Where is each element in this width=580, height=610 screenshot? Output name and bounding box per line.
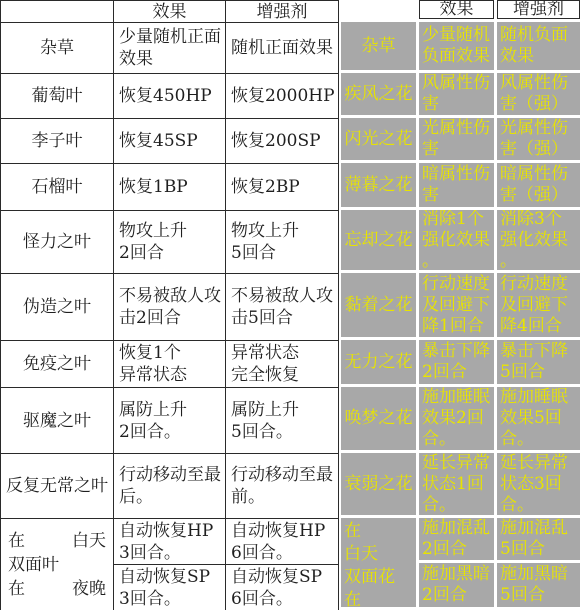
effect-cell: 少量随机 负面效果 [419,22,494,70]
effect-cell: 恢复1BP [114,164,225,210]
item-name-cell: 唤梦之花 [341,387,416,450]
enhancer-cell-night: 施加黑暗 5回合 [497,563,580,607]
flower-header-enhancer: 增强剂 [497,0,580,19]
item-name-cell: 杂草 [341,22,416,70]
flower-table: 效果 增强剂 杂草 少量随机 负面效果 随机负面 效果 疾风之花 风属性伤 害 … [341,0,580,607]
leaf-header-effect: 效果 [114,1,225,22]
item-name-cell: 怪力之叶 [1,211,113,273]
enhancer-cell: 延长异常 状态3回 合。 [497,453,580,515]
effect-cell: 恢复1个 异常状态 [114,341,225,387]
enhancer-cell: 行动移动至最 前。 [226,454,338,518]
item-name-cell: 闪光之花 [341,118,416,160]
item-name-cell: 李子叶 [1,119,113,163]
enhancer-cell: 施加睡眠 效果5回 合。 [497,387,580,450]
enhancer-cell: 随机负面 效果 [497,22,580,70]
enhancer-cell-day: 自动恢复HP 6回合。 [226,519,338,564]
item-name-cell: 葡萄叶 [1,74,113,118]
dual-prefix: 在 [8,529,25,553]
enhancer-cell: 恢复200SP [226,119,338,163]
enhancer-cell: 异常状态 完全恢复 [226,341,338,387]
enhancer-cell: 物攻上升 5回合 [226,211,338,273]
effect-cell: 物攻上升 2回合 [114,211,225,273]
enhancer-cell: 不易被敌人攻 击5回合 [226,274,338,340]
enhancer-cell: 风属性伤 害（强） [497,73,580,115]
flower-header-name [341,0,416,19]
effect-cell: 不易被敌人攻 击2回合 [114,274,225,340]
dual-day: 白天 [72,529,106,553]
effect-cell: 行动移动至最 后。 [114,454,225,518]
effect-cell: 光属性伤 害 [419,118,494,160]
effect-cell-day: 自动恢复HP 3回合。 [114,519,225,564]
day-label-line: 在 白天 [8,529,106,553]
item-name-cell: 衰弱之花 [341,453,416,515]
effect-cell-day: 施加混乱 2回合 [419,518,494,560]
night-label-line: 在 夜晚 [8,577,106,601]
enhancer-cell: 行动速度 及回避下 降4回合 [497,273,580,337]
item-name-cell: 石榴叶 [1,164,113,210]
effect-cell: 暴击下降 2回合 [419,340,494,384]
enhancer-cell: 消除3个 强化效果 。 [497,210,580,270]
effect-cell: 恢复45SP [114,119,225,163]
item-name-cell: 无力之花 [341,340,416,384]
effect-cell: 延长异常 状态1回 合。 [419,453,494,515]
enhancer-cell: 暴击下降 5回合 [497,340,580,384]
effect-cell: 属防上升 2回合。 [114,388,225,453]
item-name-cell: 免疫之叶 [1,341,113,387]
dual-prefix: 在 [8,577,25,601]
effect-cell-night: 自动恢复SP 3回合。 [114,565,225,610]
effect-cell: 少量随机正面 效果 [114,23,225,73]
enhancer-cell: 恢复2BP [226,164,338,210]
dual-item-name: 双面叶 [8,553,106,577]
enhancer-cell-night: 自动恢复SP 6回合。 [226,565,338,610]
item-name-cell: 杂草 [1,23,113,73]
effect-cell: 行动速度 及回避下 降1回合 [419,273,494,337]
item-name-cell: 忘却之花 [341,210,416,270]
effect-cell: 风属性伤 害 [419,73,494,115]
dual-night: 夜晚 [72,577,106,601]
screenshot-stage: 效果 增强剂 杂草 少量随机正面 效果 随机正面效果 葡萄叶 恢复450HP 恢… [0,0,580,610]
item-name-cell: 驱魔之叶 [1,388,113,453]
item-name-cell-dual: 在 白天 双面叶 在 夜晚 [1,519,113,610]
item-name-cell: 疾风之花 [341,73,416,115]
item-name-cell-dual: 在 白天 双面花 在 夜晚 [341,518,416,607]
enhancer-cell: 随机正面效果 [226,23,338,73]
enhancer-cell: 光属性伤 害（强） [497,118,580,160]
effect-cell-night: 施加黑暗 2回合 [419,563,494,607]
item-name-cell: 黏着之花 [341,273,416,337]
enhancer-cell-day: 施加混乱 5回合 [497,518,580,560]
leaf-header-enhancer: 增强剂 [226,1,338,22]
enhancer-cell: 属防上升 5回合。 [226,388,338,453]
item-name-cell: 伪造之叶 [1,274,113,340]
item-name-cell: 薄暮之花 [341,163,416,207]
item-name-cell: 反复无常之叶 [1,454,113,518]
effect-cell: 施加睡眠 效果2回 合。 [419,387,494,450]
effect-cell: 恢复450HP [114,74,225,118]
enhancer-cell: 恢复2000HP [226,74,338,118]
leaf-table: 效果 增强剂 杂草 少量随机正面 效果 随机正面效果 葡萄叶 恢复450HP 恢… [0,0,339,610]
effect-cell: 暗属性伤 害 [419,163,494,207]
flower-header-effect: 效果 [419,0,494,19]
enhancer-cell: 暗属性伤 害（强） [497,163,580,207]
leaf-header-name [1,1,113,22]
effect-cell: 消除1个 强化效果 。 [419,210,494,270]
